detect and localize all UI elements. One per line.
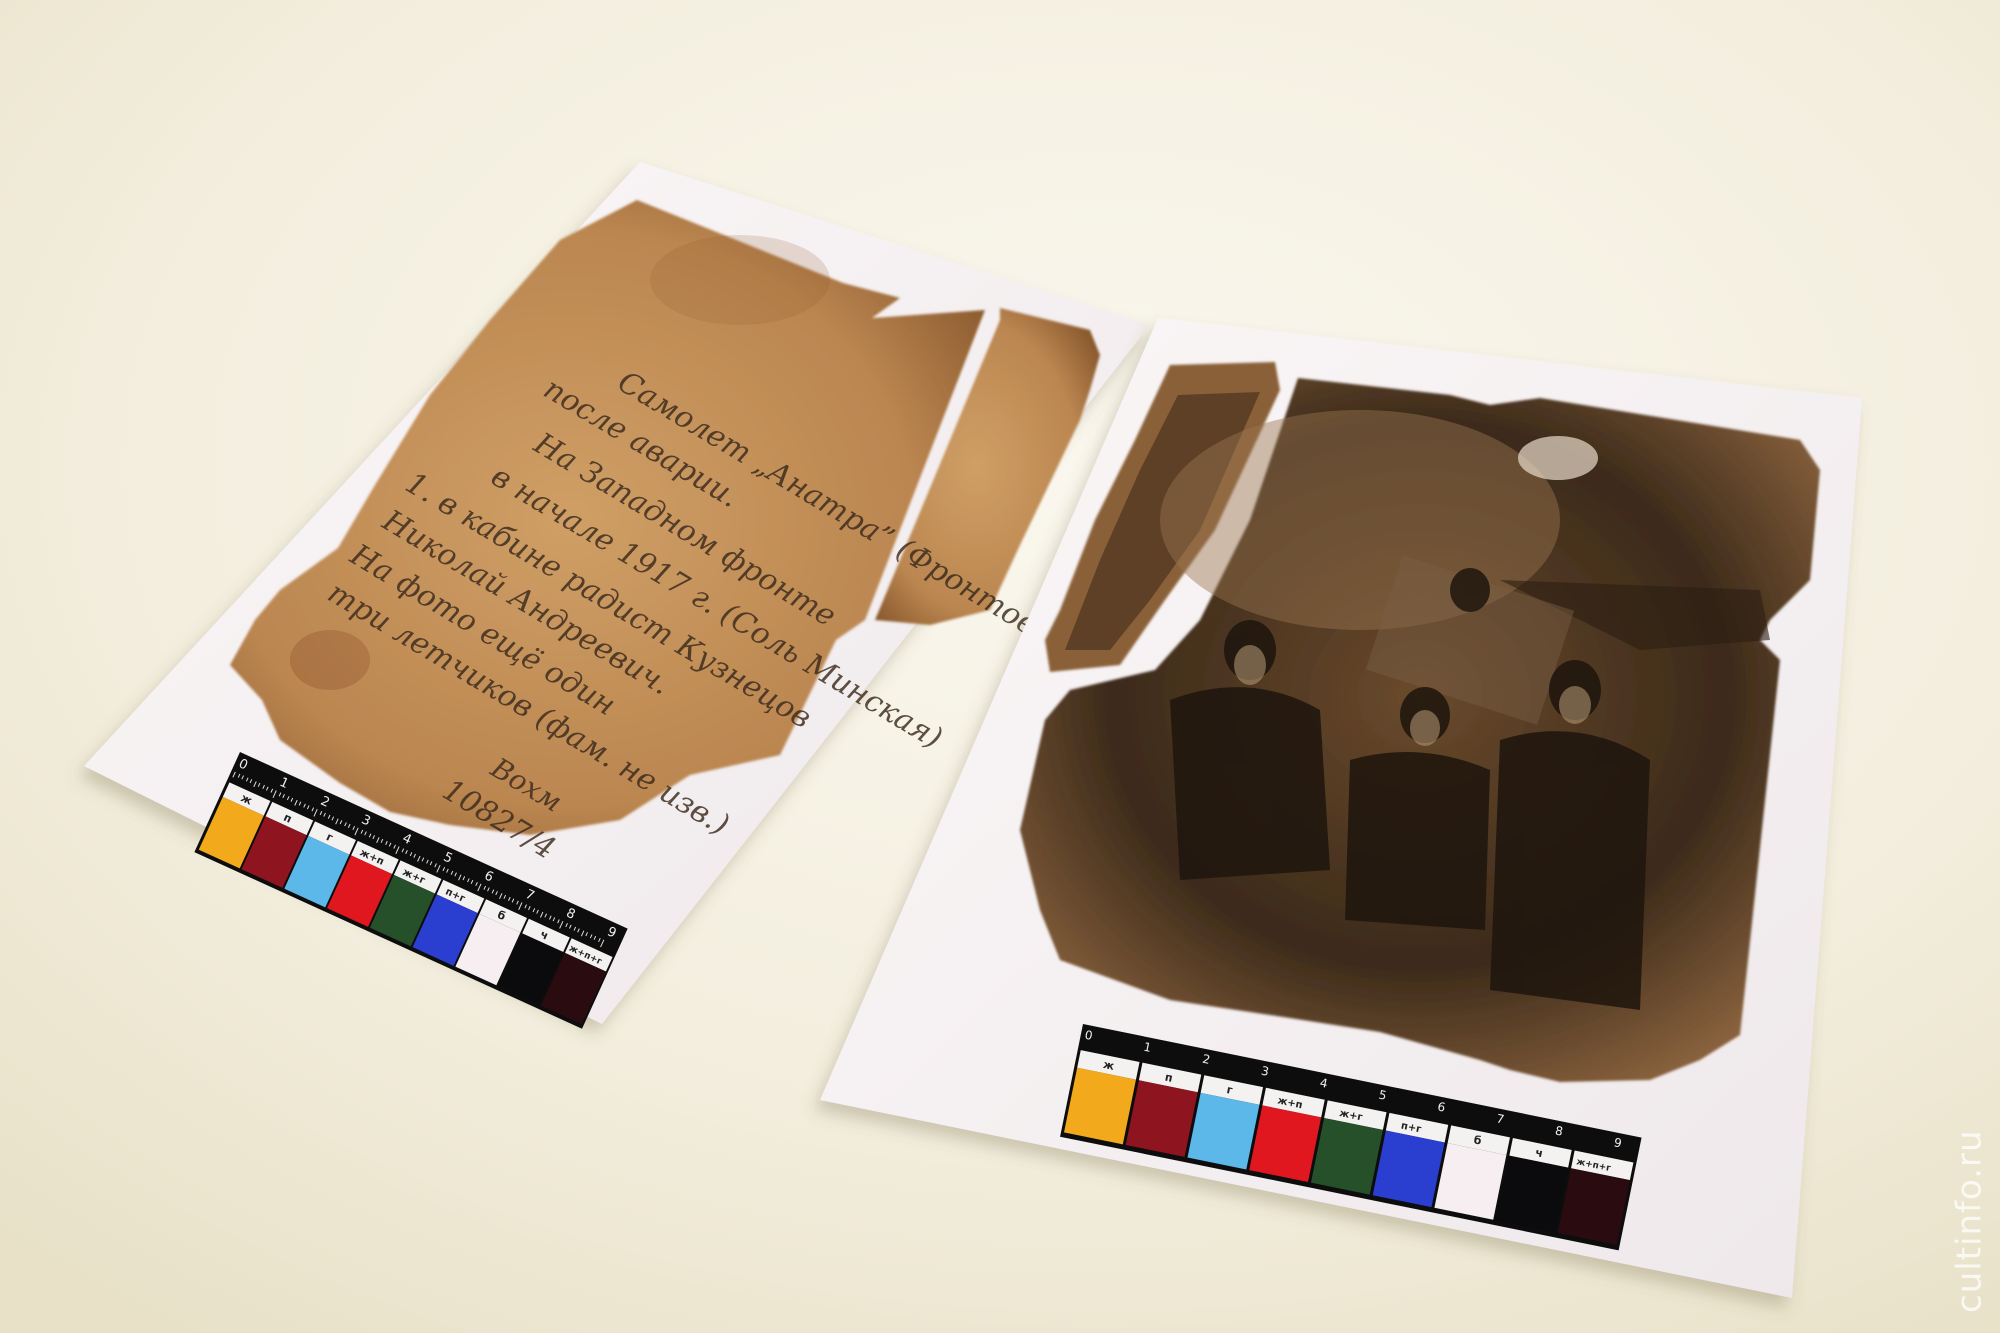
photo-scene: Самолет „Анатра” (Фронтовой) после авари…	[0, 0, 2000, 1333]
watermark: cultinfo.ru	[1950, 1129, 1990, 1313]
